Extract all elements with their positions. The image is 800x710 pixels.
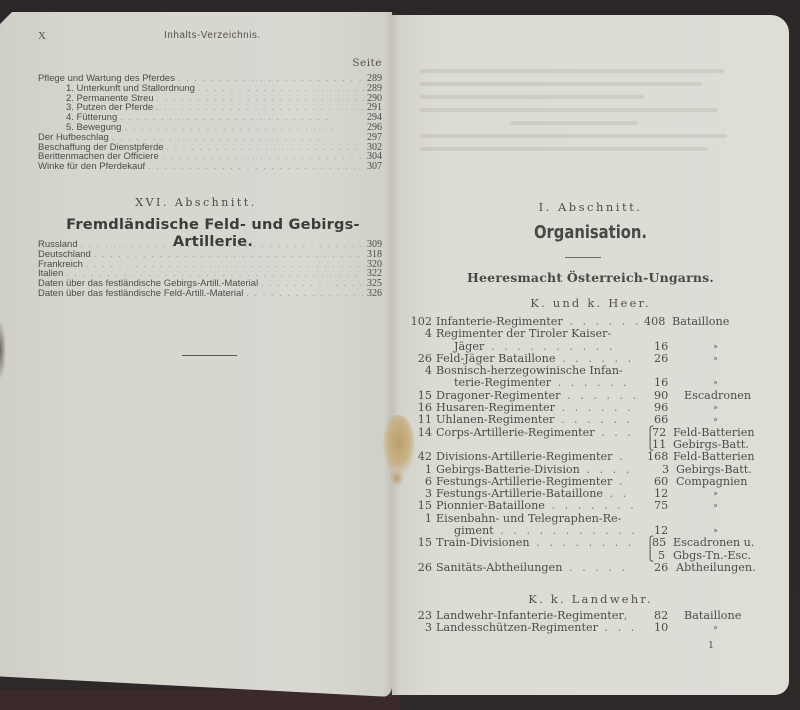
leader-dots: ..........................: [120, 113, 364, 123]
leader-dots: ..........................: [124, 123, 364, 133]
paper-stain-small: [390, 470, 404, 486]
toc-row: Daten über das festländische Feld-Artill…: [38, 289, 382, 299]
divider-rule: [565, 257, 601, 258]
leader-dots: ..........................: [148, 162, 364, 172]
leader-dots: ....................................: [261, 279, 364, 289]
toc-row: Frankreich..............................…: [38, 260, 382, 270]
toc-row: Deutschland.............................…: [38, 250, 382, 260]
toc-list-1: Pflege und Wartung des Pferdes..........…: [38, 74, 382, 172]
leader-dots: ..........................: [167, 143, 364, 153]
leader-dots: ..........................: [178, 74, 364, 84]
page-number-roman: X: [38, 30, 46, 42]
leader-dots: ....................................: [94, 250, 364, 260]
table-row: 3 Landesschützen-Regimenter . . . 10 »: [410, 622, 790, 634]
toc-row: Winke für den Pferdekauf................…: [38, 162, 382, 172]
toc-list-2: Russland................................…: [38, 240, 382, 299]
page-number: 1: [708, 640, 714, 651]
table-row: 15 Pionnier-Bataillone . . . . . . . 75 …: [410, 500, 790, 512]
thumb-shadow: [0, 320, 6, 380]
table-row: 26 Sanitäts-Abtheilungen . . . . . 26 Ab…: [410, 562, 790, 574]
leader-dots: ....................................: [246, 289, 364, 299]
leader-dots: ....................................: [86, 260, 364, 270]
leader-dots: ....................................: [81, 240, 364, 250]
table-row: 15 Train-Divisionen . . . . . . . . ⎧ 85…: [410, 537, 790, 549]
subheading-landwehr: K. k. Landwehr.: [392, 592, 789, 606]
running-head-title: Inhalts-Verzeichnis.: [164, 30, 261, 41]
section-label-xvi: XVI. Abschnitt.: [0, 196, 392, 209]
column-header-seite: Seite: [0, 57, 382, 69]
leader-dots: ..........................: [156, 103, 364, 113]
subheading-heer: K. und k. Heer.: [392, 296, 789, 310]
landwehr-table: 23 Landwehr-Infanterie-Regimenter, 82 Ba…: [410, 610, 790, 635]
section-label-i: I. Abschnitt.: [392, 200, 789, 214]
heading-heeresmacht: Heeresmacht Österreich-Ungarns.: [392, 270, 789, 285]
heer-table: 102 Infanterie-Regimenter . . . . . . 40…: [410, 316, 790, 574]
leader-dots: ..........................: [157, 94, 364, 104]
divider-rule: [182, 355, 237, 356]
chapter-title: Organisation.: [428, 222, 754, 243]
leader-dots: ..........................: [198, 84, 364, 94]
leader-dots: ..........................: [162, 152, 364, 162]
bleed-through-text: [420, 60, 740, 180]
